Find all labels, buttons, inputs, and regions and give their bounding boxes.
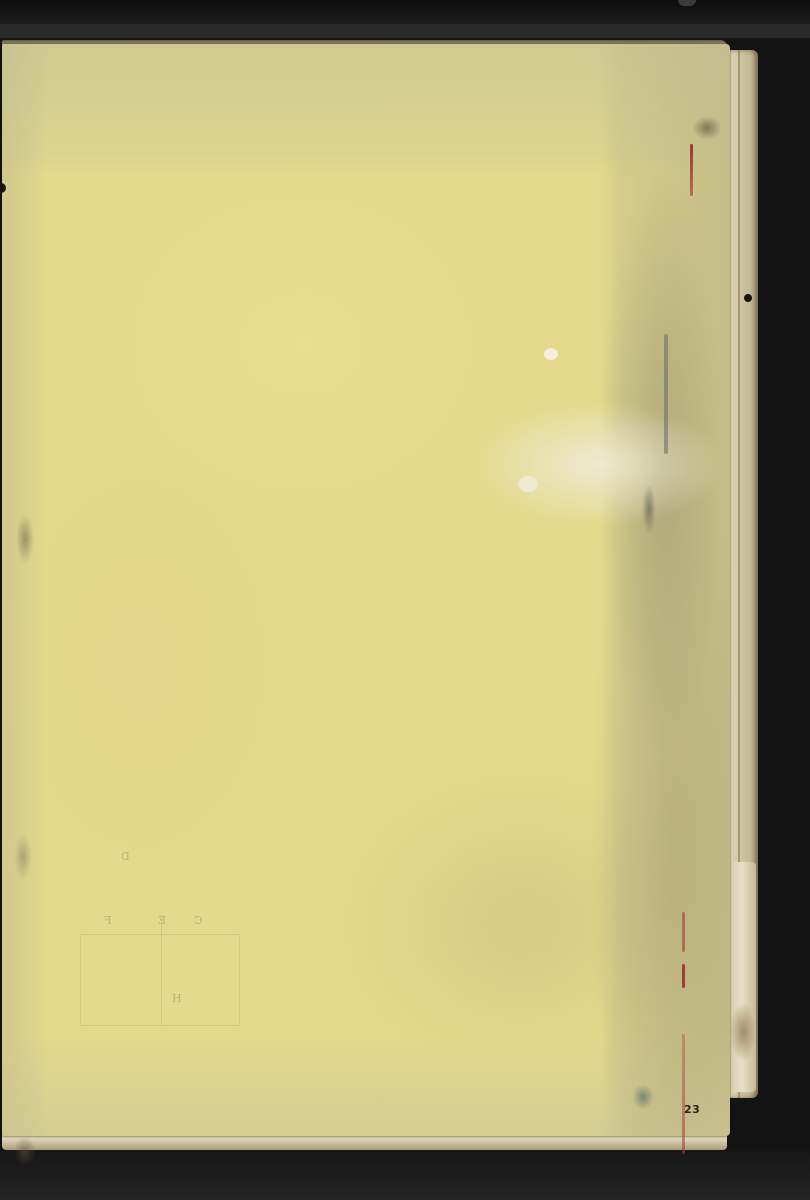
showthrough-letter: E: [158, 914, 166, 927]
showthrough-letter: F: [104, 914, 112, 927]
backdrop-band: [0, 24, 810, 38]
parchment-leaf: D F E C H: [2, 44, 730, 1136]
stain: [642, 484, 656, 534]
worn-spot: [518, 476, 538, 492]
gray-showthrough-line: [664, 334, 668, 454]
showthrough-letter: C: [194, 914, 202, 927]
red-ruling-line: [682, 964, 685, 988]
showthrough-diagram: [80, 934, 240, 1026]
folio-number: 23: [684, 1103, 700, 1116]
red-ruling-line: [690, 144, 693, 196]
stain: [632, 1084, 654, 1110]
binding-nib: [744, 294, 752, 302]
stain: [16, 514, 34, 564]
stain: [692, 116, 722, 140]
dark-backdrop-bottom: [0, 1150, 810, 1200]
showthrough-letter: H: [172, 992, 182, 1005]
red-ruling-line: [682, 912, 685, 952]
stain: [14, 1136, 36, 1166]
showthrough-letter: D: [121, 850, 130, 863]
protruding-page-flap: [728, 862, 756, 1092]
red-ruling-line: [682, 1034, 685, 1154]
stain: [14, 834, 32, 880]
worn-spot: [544, 348, 558, 360]
